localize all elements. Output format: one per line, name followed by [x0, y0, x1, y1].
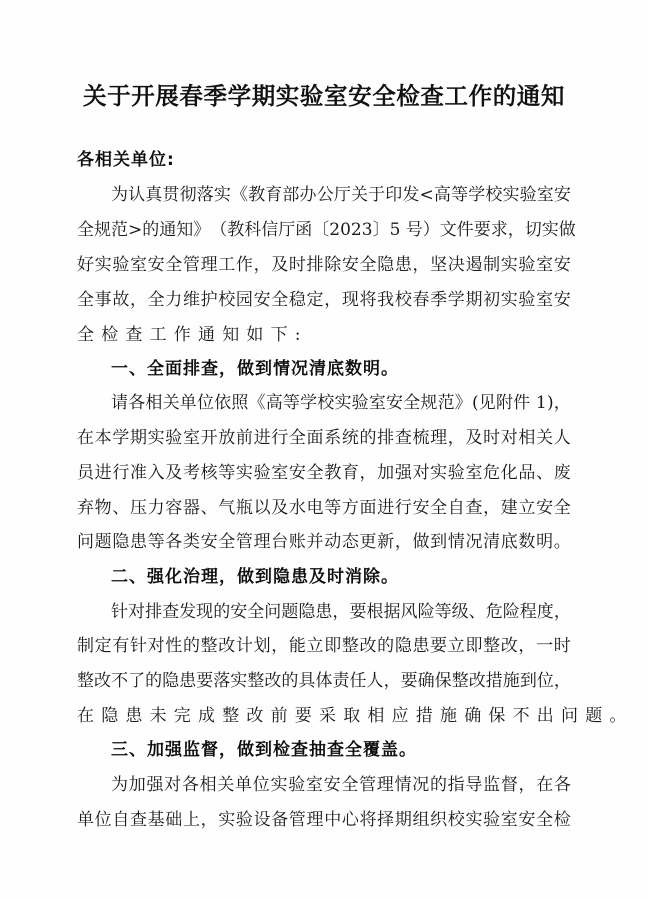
section-3-line-1: 为加强对各相关单位实验室安全管理情况的指导监督，在各 — [111, 773, 571, 797]
section-2-line-3: 整改不了的隐患要落实整改的具体责任人，要确保整改措施到位， — [77, 669, 571, 693]
section-1-line-3: 员进行准入及考核等实验室安全教育，加强对实验室危化品、废 — [77, 461, 571, 485]
section-2-heading: 二、强化治理，做到隐患及时消除。 — [111, 565, 571, 589]
section-1-line-1: 请各相关单位依照《高等学校实验室安全规范》(见附件 1)， — [111, 391, 571, 415]
document-page: 关于开展春季学期实验室安全检查工作的通知 各相关单位: 为认真贯彻落实《教育部办… — [0, 0, 648, 899]
section-1-line-4: 弃物、压力容器、气瓶以及水电等方面进行安全自查，建立安全 — [77, 496, 571, 520]
intro-line-5: 全检查工作通知如下: — [77, 323, 571, 347]
section-2-line-4: 在隐患未完成整改前要采取相应措施确保不出问题。 — [77, 704, 571, 728]
section-3-heading: 三、加强监督，做到检查抽查全覆盖。 — [111, 738, 571, 762]
section-1-line-5: 问题隐患等各类安全管理台账并动态更新，做到情况清底数明。 — [77, 530, 571, 554]
section-3-line-2: 单位自查基础上，实验设备管理中心将择期组织校实验室安全检 — [77, 808, 571, 832]
section-1-heading: 一、全面排查，做到情况清底数明。 — [111, 357, 571, 381]
intro-line-4: 全事故，全力维护校园安全稳定，现将我校春季学期初实验室安 — [77, 288, 571, 312]
salutation: 各相关单位: — [77, 148, 571, 172]
section-2-line-1: 针对排查发现的安全问题隐患，要根据风险等级、危险程度， — [111, 600, 571, 624]
document-title: 关于开展春季学期实验室安全检查工作的通知 — [0, 77, 648, 111]
intro-line-1: 为认真贯彻落实《教育部办公厅关于印发<高等学校实验室安 — [111, 183, 571, 207]
intro-line-3: 好实验室安全管理工作，及时排除安全隐患，坚决遏制实验室安 — [77, 253, 571, 277]
intro-line-2: 全规范>的通知》（教科信厅函〔2023〕5 号）文件要求，切实做 — [77, 218, 571, 242]
section-2-line-2: 制定有针对性的整改计划，能立即整改的隐患要立即整改，一时 — [77, 634, 571, 658]
section-1-line-2: 在本学期实验室开放前进行全面系统的排查梳理，及时对相关人 — [77, 426, 571, 450]
